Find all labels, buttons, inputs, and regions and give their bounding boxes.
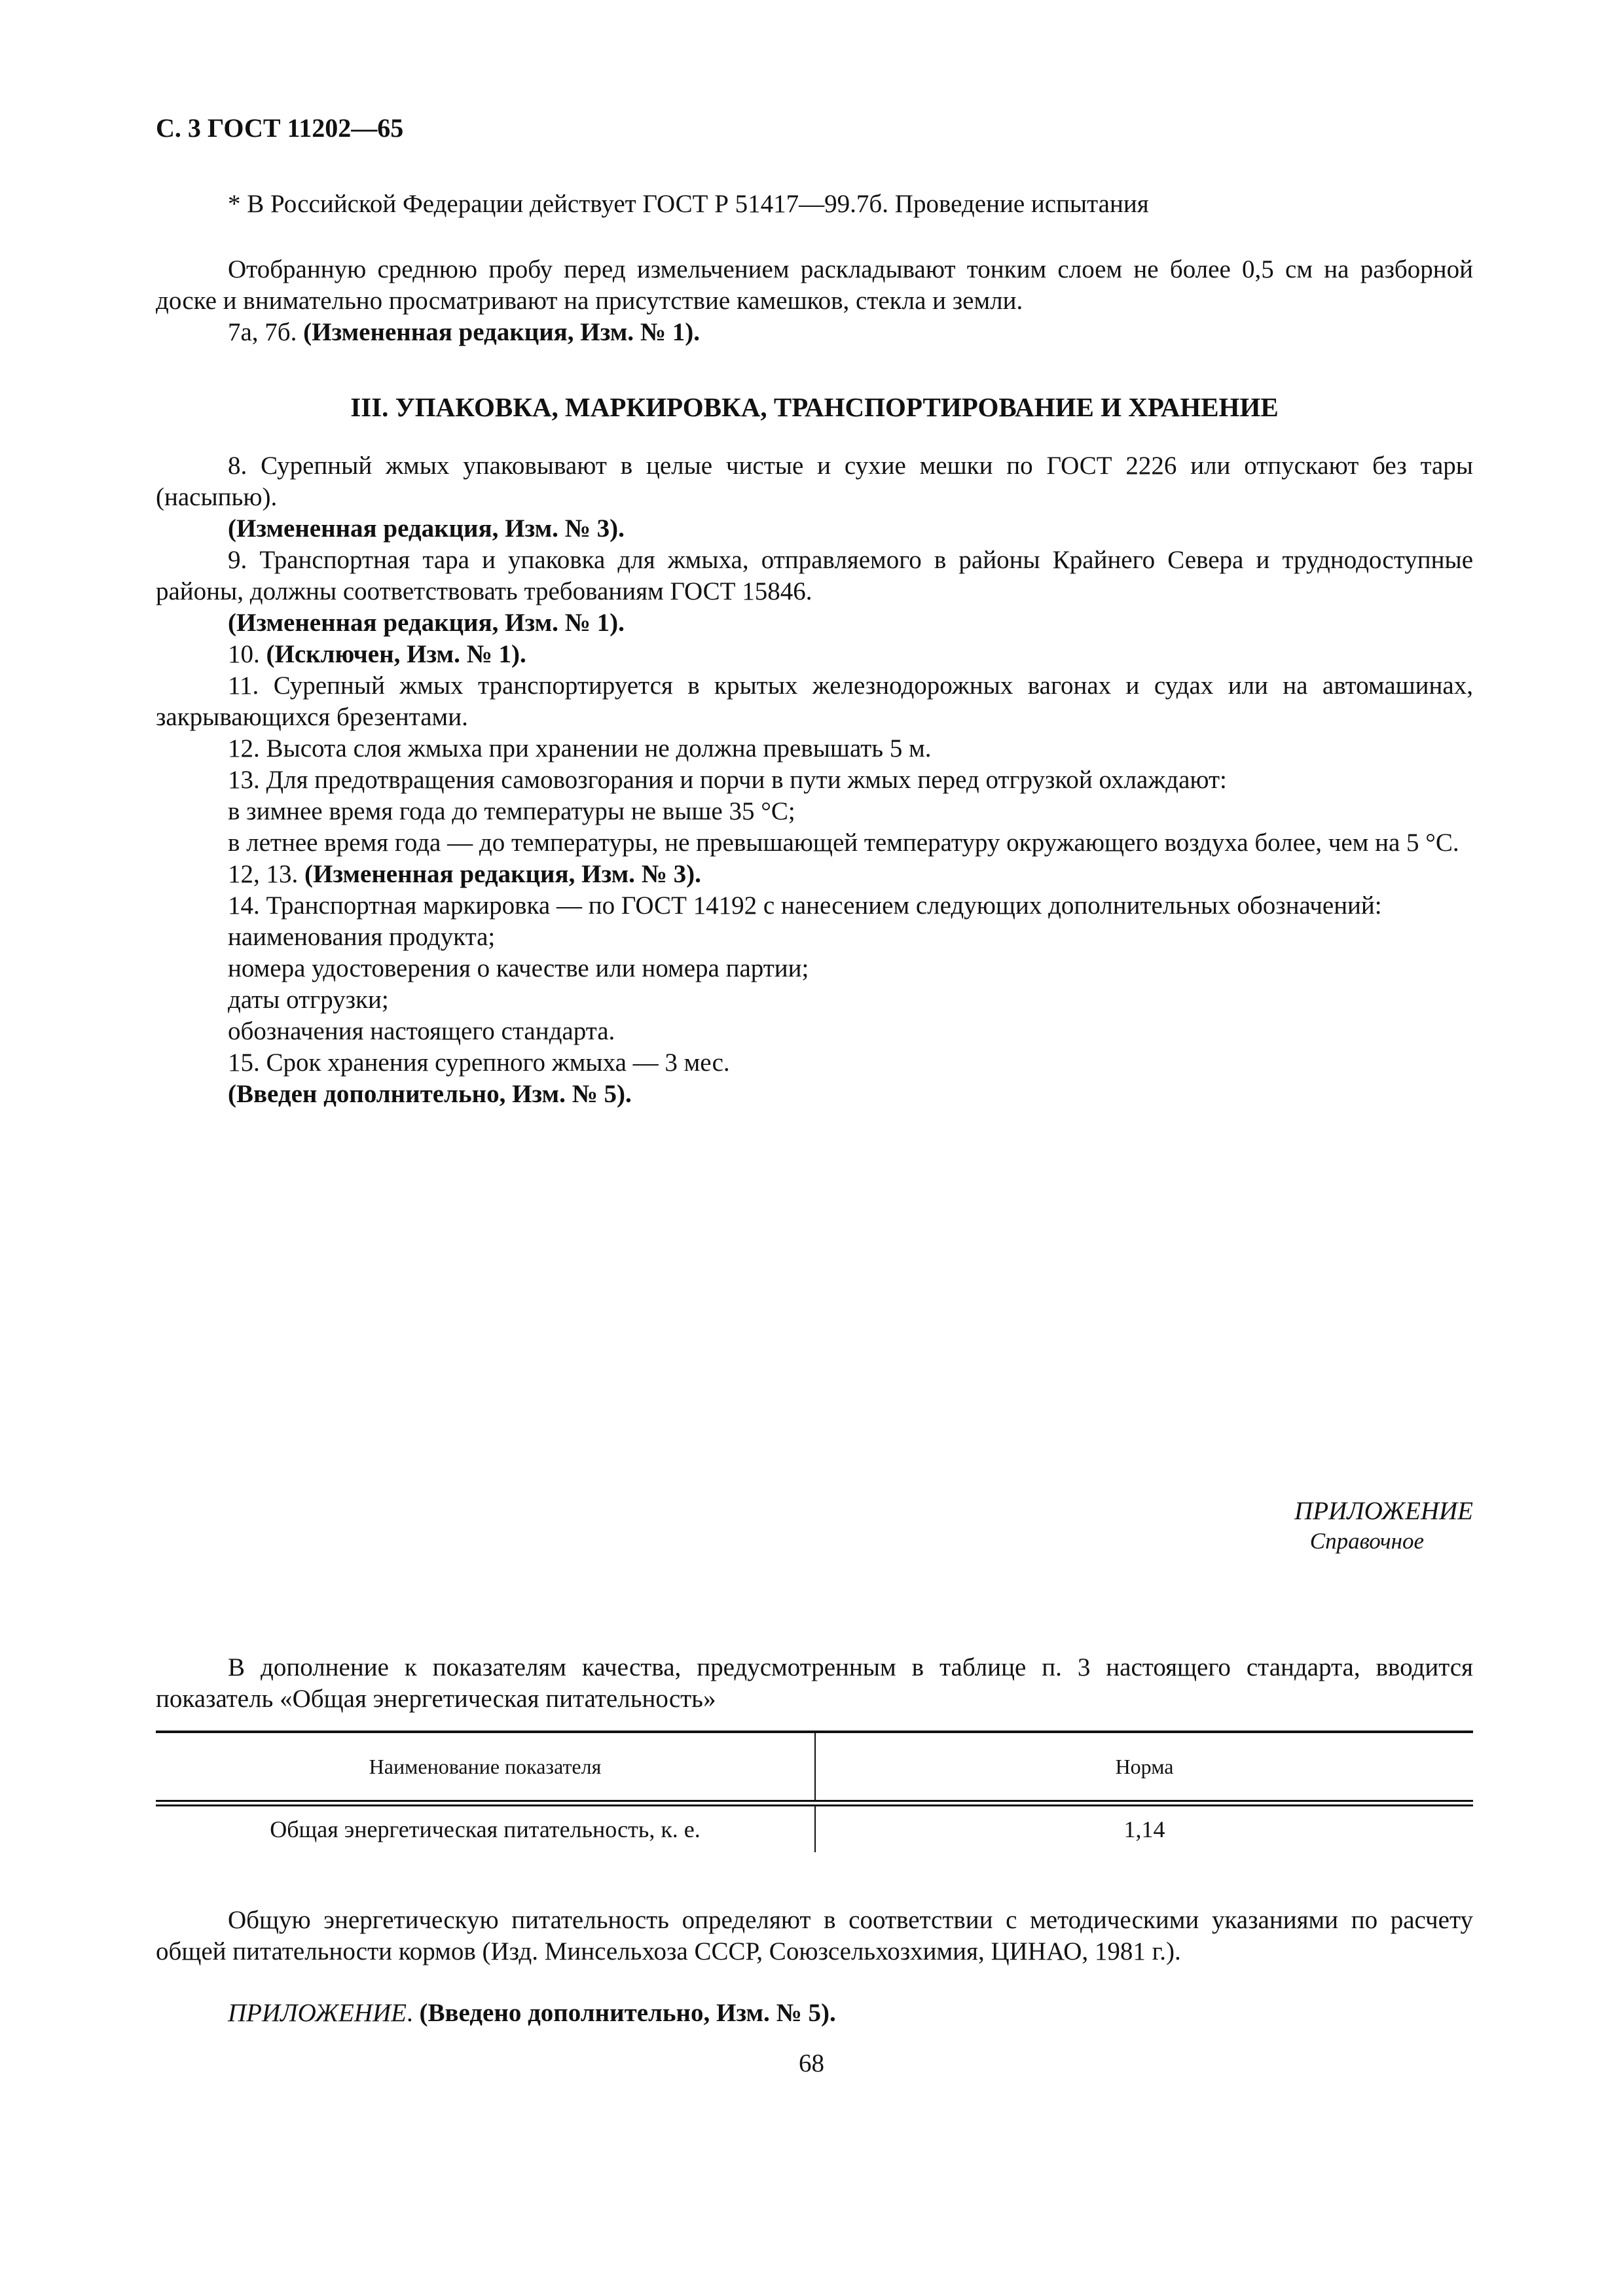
page-number: 68 (0, 2049, 1623, 2078)
item-14-list-0: наименования продукта; (156, 922, 1473, 953)
item-12-13-amend: 12, 13. (Измененная редакция, Изм. № 3). (156, 859, 1473, 890)
item-13-winter: в зимнее время года до температуры не вы… (156, 796, 1473, 827)
item-14-list-1: номера удостоверения о качестве или номе… (156, 953, 1473, 984)
item-9: 9. Транспортная тара и упаковка для жмых… (156, 545, 1473, 607)
item-15: 15. Срок хранения сурепного жмыха — 3 ме… (156, 1047, 1473, 1079)
appendix-table: Наименование показателя Норма Общая энер… (156, 1731, 1473, 1852)
table-header-norm: Норма (815, 1732, 1473, 1803)
item-11: 11. Сурепный жмых транспортируется в кры… (156, 670, 1473, 733)
table-header-name: Наименование показателя (156, 1732, 815, 1803)
sample-paragraph: Отобранную среднюю пробу перед измельчен… (156, 254, 1473, 317)
appendix-method-block: Общую энергетическую питательность опред… (156, 1905, 1473, 1967)
section-title: III. УПАКОВКА, МАРКИРОВКА, ТРАНСПОРТИРОВ… (156, 391, 1473, 423)
item-8: 8. Сурепный жмых упаковывают в целые чис… (156, 450, 1473, 513)
table-cell-norm: 1,14 (815, 1803, 1473, 1852)
sample-block: Отобранную среднюю пробу перед измельчен… (156, 254, 1473, 348)
item-15-amend: (Введен дополнительно, Изм. № 5). (156, 1079, 1473, 1110)
appendix-intro-block: В дополнение к показателям качества, пре… (156, 1652, 1473, 1715)
appendix-table-wrap: Наименование показателя Норма Общая энер… (156, 1731, 1473, 1852)
appendix-label-block: ПРИЛОЖЕНИЕ Справочное (1294, 1496, 1473, 1556)
footnote: * В Российской Федерации действует ГОСТ … (156, 188, 1473, 220)
table-header-row: Наименование показателя Норма (156, 1732, 1473, 1803)
appendix-footer: ПРИЛОЖЕНИЕ. (Введено дополнительно, Изм.… (156, 1998, 1473, 2029)
table-cell-name: Общая энергетическая питательность, к. е… (156, 1803, 815, 1852)
amend-7: 7а, 7б. (Измененная редакция, Изм. № 1). (156, 317, 1473, 348)
item-14-list-2: даты отгрузки; (156, 984, 1473, 1016)
item-10: 10. (Исключен, Изм. № 1). (156, 639, 1473, 670)
footnote-text: * В Российской Федерации действует ГОСТ … (156, 188, 1473, 220)
item-8-amend: (Измененная редакция, Изм. № 3). (156, 513, 1473, 545)
appendix-intro: В дополнение к показателям качества, пре… (156, 1652, 1473, 1715)
table-row: Общая энергетическая питательность, к. е… (156, 1803, 1473, 1852)
appendix-method: Общую энергетическую питательность опред… (156, 1905, 1473, 1967)
appendix-label: ПРИЛОЖЕНИЕ (1294, 1496, 1473, 1526)
item-13-summer: в летнее время года — до температуры, не… (156, 827, 1473, 859)
item-9-amend: (Измененная редакция, Изм. № 1). (156, 607, 1473, 639)
appendix-sublabel: Справочное (1294, 1526, 1473, 1556)
item-14: 14. Транспортная маркировка — по ГОСТ 14… (156, 890, 1473, 922)
page-header: С. 3 ГОСТ 11202—65 (156, 113, 403, 143)
item-12: 12. Высота слоя жмыха при хранении не до… (156, 733, 1473, 764)
item-13: 13. Для предотвращения самовозгорания и … (156, 764, 1473, 796)
item-14-list-3: обозначения настоящего стандарта. (156, 1016, 1473, 1047)
section-body: 8. Сурепный жмых упаковывают в целые чис… (156, 450, 1473, 1110)
appendix-footer-block: ПРИЛОЖЕНИЕ. (Введено дополнительно, Изм.… (156, 1998, 1473, 2029)
